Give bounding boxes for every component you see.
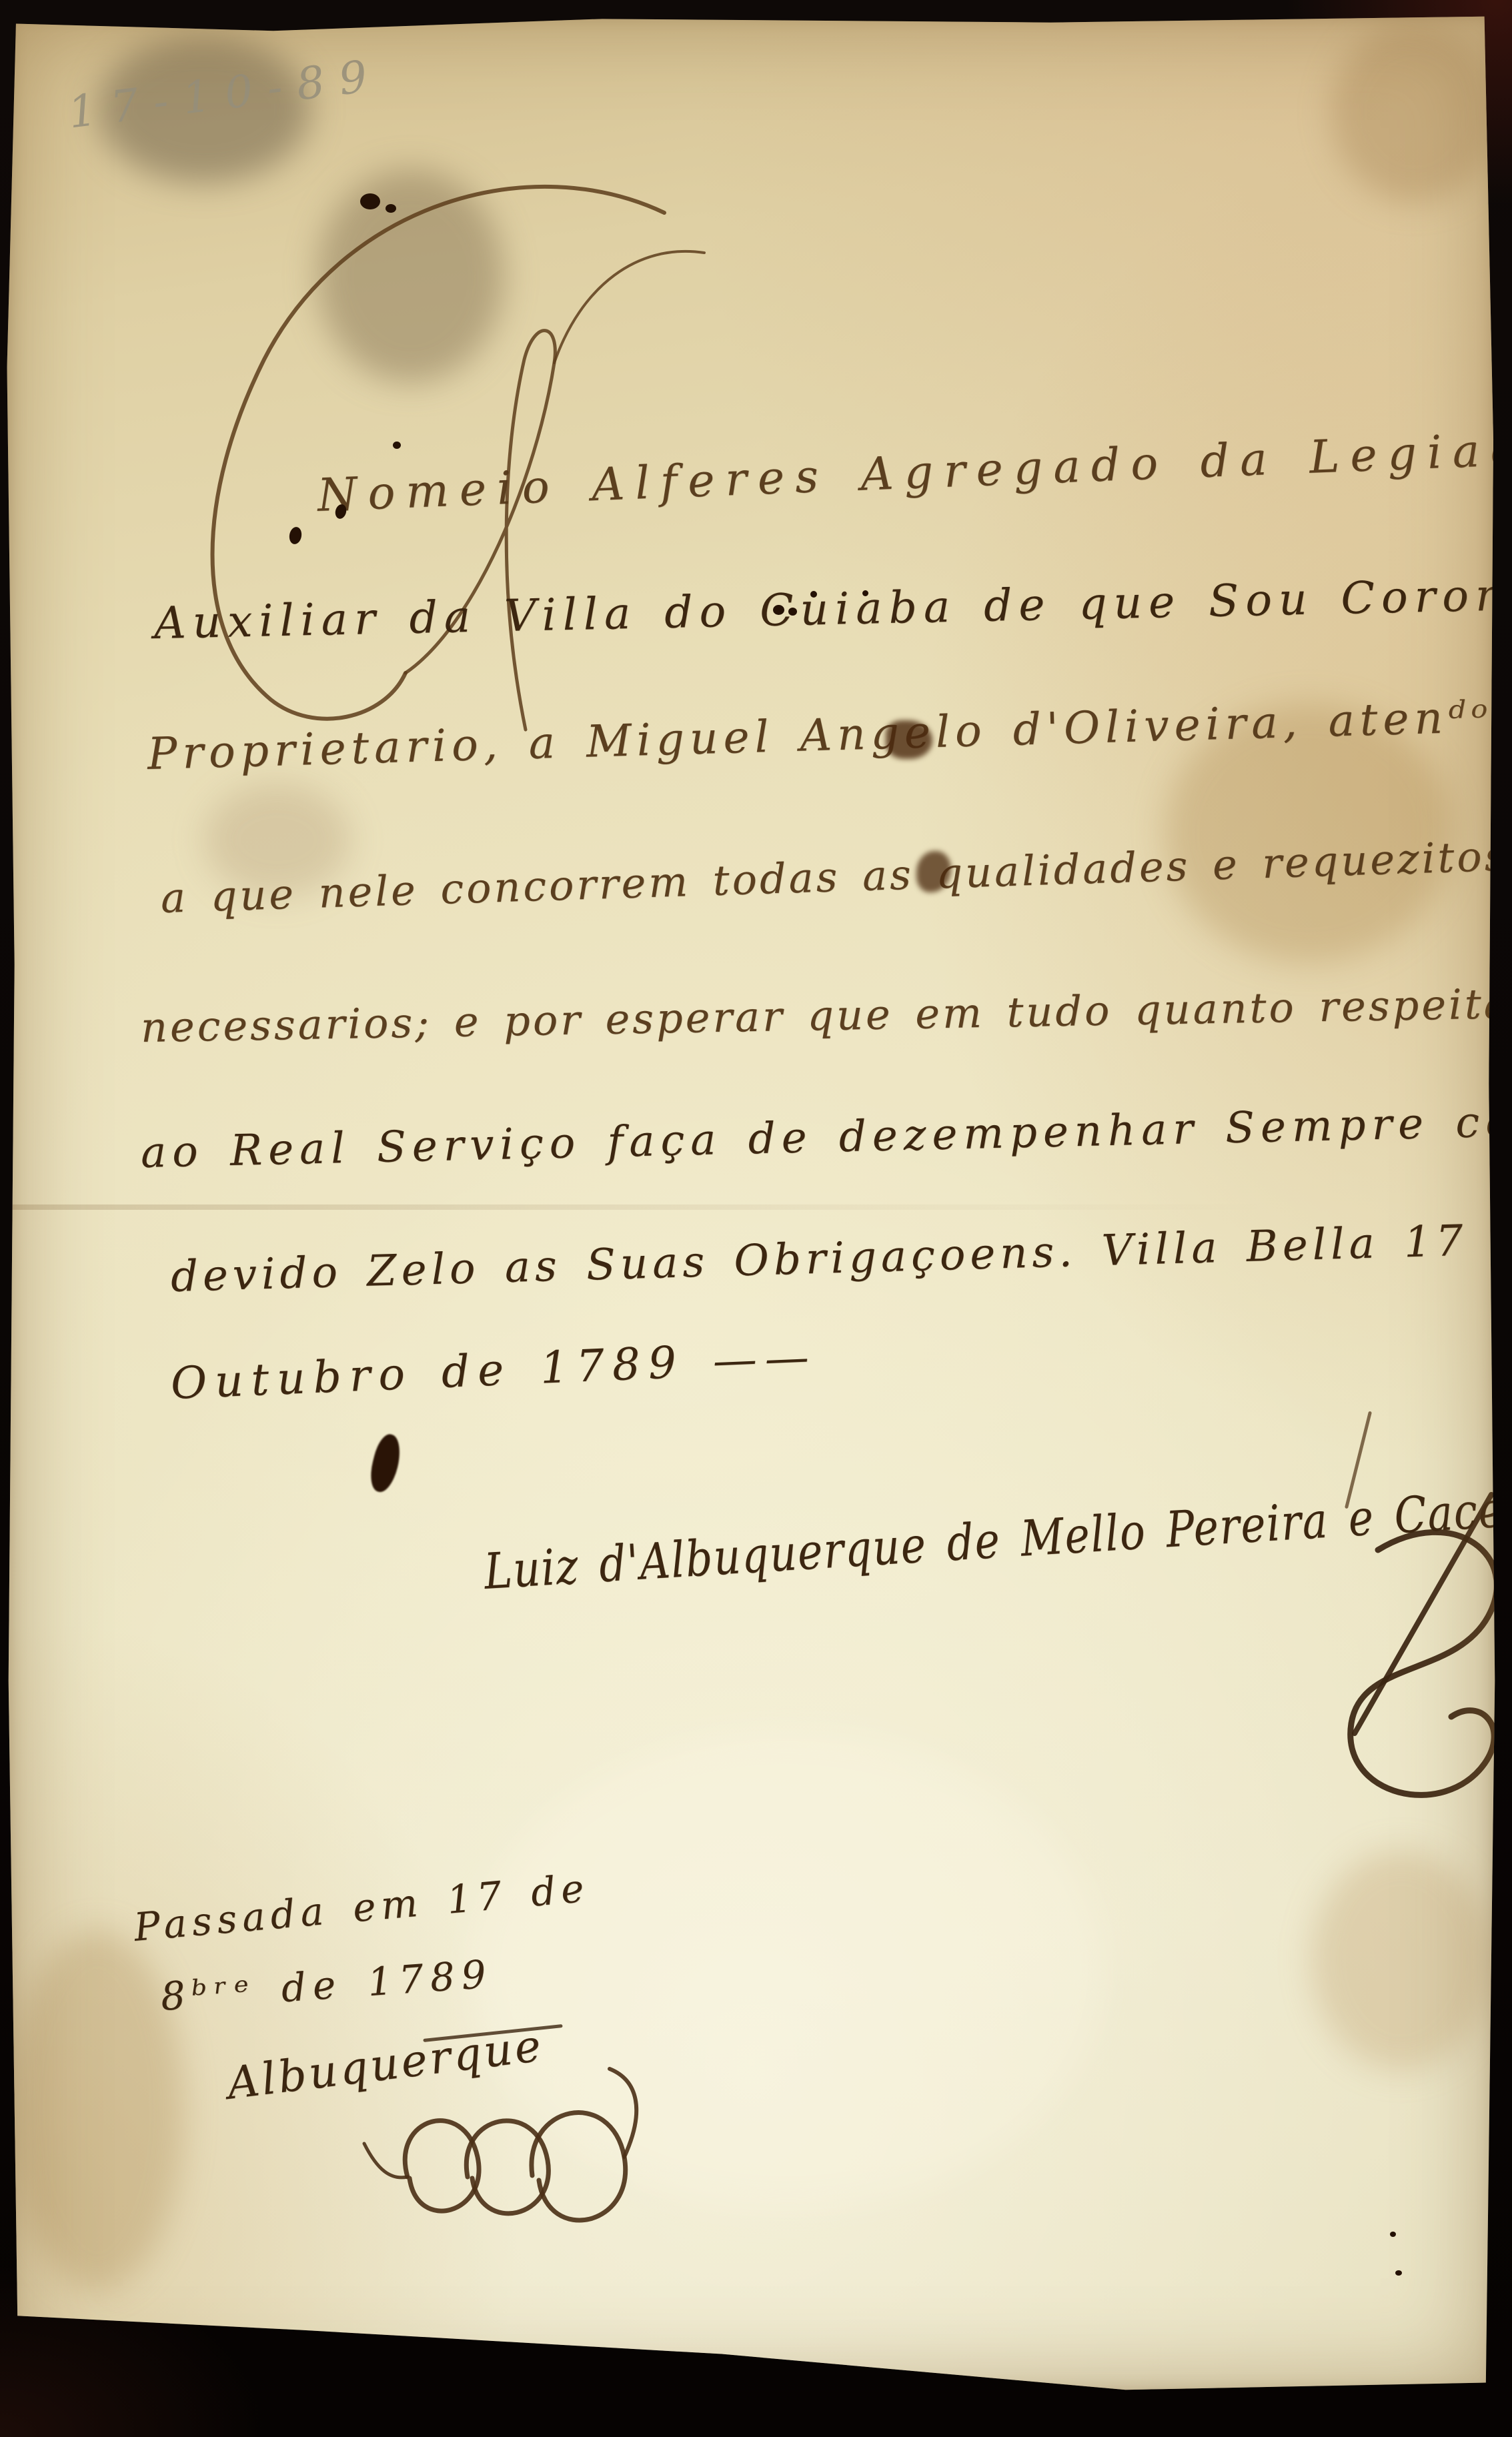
clerk-signature: Albuquerque [224,2019,546,2110]
paper-stain [1311,1850,1491,2070]
manuscript-line-6: ao Real Serviço faça de dezempenhar Semp… [140,1095,1512,1178]
manuscript-line-5: necessarios; e por esperar que em tudo q… [140,979,1512,1052]
governor-signature: Luiz d'Albuquerque de Mello Pereira e Ca… [482,1477,1512,1601]
ink-blot [862,590,868,596]
paper-stain [317,169,504,383]
manuscript-line-7: devido Zelo as Suas Obrigaçoens. Villa B… [170,1214,1512,1302]
ink-blot [1390,2232,1396,2237]
paper-stain [11,1930,184,2290]
manuscript-line-8: Outubro de 1789 —— [169,1331,818,1409]
ink-blot [1395,2270,1402,2276]
scan-background: 17-10-89 N Nomeio Alferes Agregado da Le… [0,0,1512,2437]
ink-blot [360,193,380,209]
clerk-signature-flourish [357,2064,678,2270]
ink-blot [773,605,784,615]
fold-crease [4,1204,1499,1210]
pencil-archival-date: 17-10-89 [65,49,384,138]
paper-stain [471,1730,1104,2210]
ink-blot [393,442,401,449]
ink-blot [366,1432,405,1495]
manuscript-paper: 17-10-89 N Nomeio Alferes Agregado da Le… [4,9,1499,2397]
ink-blot [288,526,303,546]
ink-blot [788,608,797,616]
manuscript-line-3: Proprietario, a Miguel Angelo d'Oliveira… [147,691,1494,780]
paper-stain [1331,23,1498,203]
manuscript-line-2: Auxiliar da Villa do Cuiaba de que Sou C… [153,568,1512,649]
endorsement-date-line-1: Passada em 17 de [132,1865,591,1949]
endorsement-date-line-2: 8ᵇʳᵉ de 1789 [159,1951,494,2019]
manuscript-line-1: Nomeio Alferes Agregado da Legiaõ [316,423,1512,522]
ink-blot [386,204,396,213]
manuscript-line-4: a que nele concorrem todas as qualidades… [160,832,1509,922]
ink-blot [886,720,932,759]
ink-blot [810,591,817,598]
